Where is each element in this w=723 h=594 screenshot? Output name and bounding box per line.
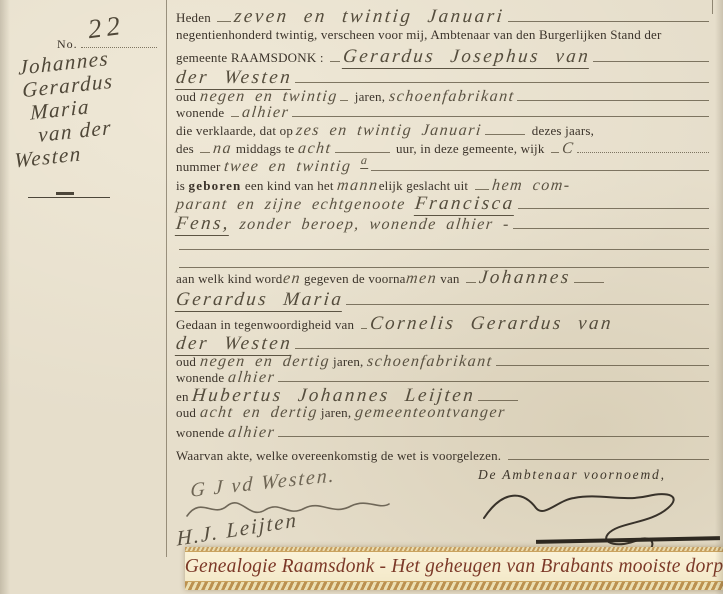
ruled-blank [217,8,231,22]
handwritten-text: alhier [241,104,290,122]
ruled-blank [518,195,709,209]
handwritten-text: men [405,270,438,288]
ruled-blank [200,139,210,153]
printed-text: uur, in deze gemeente, wijk [393,141,548,157]
ruled-blank [475,176,489,190]
act-line-24: Waarvan akte, welke overeenkomstig de we… [176,446,712,464]
printed-text: Gedaan in tegenwoordigheid van [176,317,358,333]
handwritten-text: en [282,270,302,288]
handwritten-text: parant en zijne echtgenoote [175,196,416,214]
printed-text: van [437,271,463,287]
printed-text: aan welk kind word [176,271,283,287]
ruled-blank [231,103,239,117]
ruled-blank [278,368,709,382]
banner-text: Genealogie Raamsdonk - Het geheugen van … [185,552,723,581]
handwritten-text: Johannes [478,267,572,289]
ruled-blank [371,157,709,171]
act-line-9: nummer twee en twintig a [176,157,712,176]
handwritten-text: twee en twintig [223,158,362,176]
printed-text: wonende [176,105,228,121]
handwritten-text: Gerardus Maria [175,289,345,312]
top-right-rule-mark [712,0,713,14]
printed-text: dezes jaars, [528,123,594,139]
handwritten-text: zes en twintig Januari [296,122,484,140]
ruled-blank [340,87,348,101]
handwritten-text: Fens, [175,213,232,236]
printed-text: wonende [176,425,228,441]
act-line-15: aan welk kind worden gegeven de voorname… [176,267,712,289]
ruled-blank [478,387,518,401]
ruled-blank [466,269,476,283]
handwritten-text: zeven en twintig Januari [233,6,506,28]
printed-text: middags te [232,141,298,157]
ruled-blank [330,48,340,62]
banner-border-bottom [185,581,723,590]
act-line-7: die verklaarde, dat op zes en twintig Ja… [176,121,712,140]
ruled-blank [551,139,559,153]
handwritten-text: a [360,153,369,169]
act-line-8: des na middags te acht uur, in deze geme… [176,139,712,158]
ruled-blank [179,254,709,268]
ruled-blank [361,315,367,329]
act-line-16: Gerardus Maria [176,289,712,312]
ruled-blank [278,423,709,437]
birth-certificate-scan: No. 22 JohannesGerardusMariavan derWeste… [0,0,723,594]
handwritten-text: na [212,140,233,158]
margin-divider-rule [166,0,167,557]
printed-text: wonende [176,370,228,386]
ruled-blank [574,269,604,283]
handwritten-text: acht en dertig [199,404,319,422]
ruled-blank [517,87,709,101]
ruled-blank [508,8,709,22]
ruled-blank [485,121,525,135]
act-line-17: Gedaan in tegenwoordigheid van Cornelis … [176,313,712,335]
printed-text: des [176,141,197,157]
printed-text: een kind van het [241,178,337,194]
ruled-blank [292,103,709,117]
handwritten-text: acht [297,140,332,158]
act-line-14 [176,254,712,268]
printed-text: nummer [176,159,224,175]
margin-child-name: JohannesGerardusMariavan derWesten [4,41,161,173]
ruled-blank [513,215,709,229]
printed-text: en [176,389,192,405]
act-line-23: wonende alhier [176,423,712,442]
printed-text: die verklaarde, dat op [176,123,296,139]
printed-text: elijk geslacht uit [379,178,472,194]
ruled-blank [496,352,709,366]
act-line-6: wonende alhier [176,103,712,122]
handwritten-text: zonder beroep, wonende alhier - [229,216,511,234]
printed-text: oud [176,405,200,421]
ruled-blank [295,335,709,349]
dotted-rule [577,139,709,153]
ruled-blank [295,69,709,83]
printed-text: is [176,178,189,194]
act-line-1: Heden zeven en twintig Januari [176,6,712,28]
ruled-blank [508,446,709,460]
printed-text: geboren [189,178,242,194]
act-line-13 [176,236,712,250]
ruled-blank [346,291,709,305]
printed-text: Heden [176,10,214,26]
margin-dash [56,192,74,195]
handwritten-text: Cornelis Gerardus van [369,313,614,335]
act-line-22: oud acht en dertig jaren, gemeenteontvan… [176,404,712,422]
margin-underline [28,197,110,198]
printed-text: Waarvan akte, welke overeenkomstig de we… [176,448,505,464]
act-number: 22 [86,10,127,45]
handwritten-text: C [561,140,575,158]
ruled-blank [179,236,709,250]
printed-text: gegeven de voorna [301,271,406,287]
act-line-12: Fens, zonder beroep, wonende alhier - [176,213,712,236]
ruled-blank [593,48,709,62]
ruled-blank [335,139,390,153]
printed-text: gemeente RAAMSDONK : [176,50,327,66]
printed-text: jaren, [317,405,354,421]
act-line-3: gemeente RAAMSDONK : Gerardus Josephus v… [176,46,712,69]
printed-text: negentienhonderd twintig, verscheen voor… [176,27,662,43]
handwritten-text: alhier [227,424,276,442]
handwritten-text: Gerardus Josephus van [342,46,592,69]
handwritten-text: gemeenteontvanger [354,404,507,422]
genealogy-banner: Genealogie Raamsdonk - Het geheugen van … [185,547,723,590]
act-line-2: negentienhonderd twintig, verscheen voor… [176,27,712,43]
